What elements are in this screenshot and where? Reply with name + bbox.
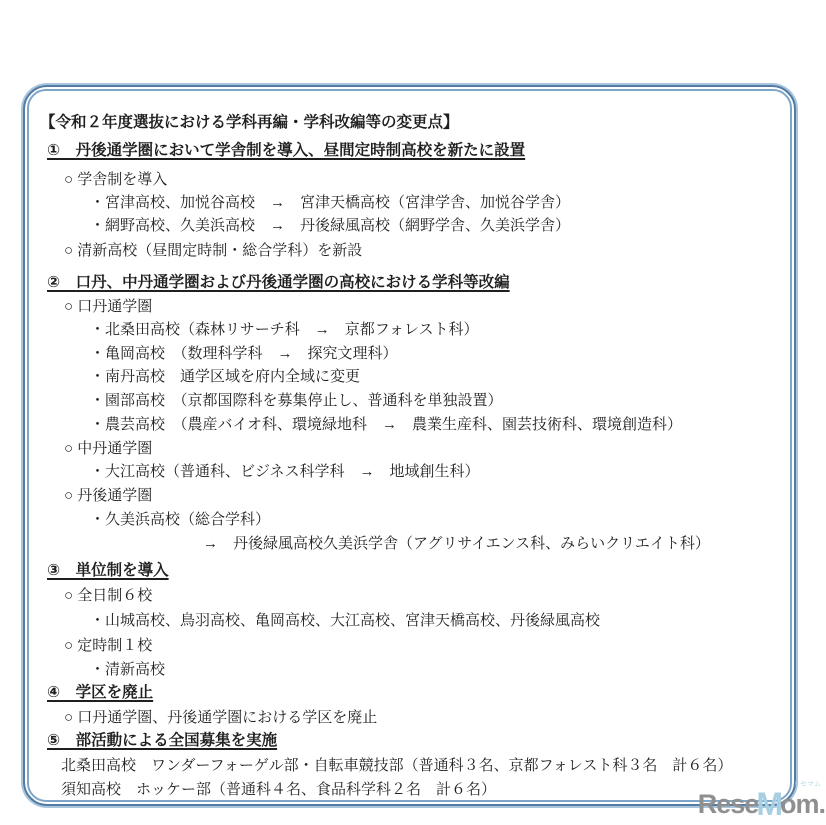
list-item: ・久美浜高校（総合学科） [90, 510, 270, 530]
list-item: ・大江高校（普通科、ビジネス科学科 → 地域創生科） [90, 462, 480, 482]
section-1-heading: ① 丹後通学圏において学舎制を導入、昼間定時制高校を新たに設置 [47, 141, 525, 161]
list-item: ・清新高校 [90, 660, 165, 680]
list-item: ・南丹高校 通学区域を府内全域に変更 [90, 367, 360, 387]
logo-text-part1: Rese [698, 789, 759, 819]
list-item: ・山城高校、鳥羽高校、亀岡高校、大江高校、宮津天橋高校、丹後緑風高校 [90, 611, 600, 631]
list-item: ○ 口丹通学圏、丹後通学圏における学区を廃止 [64, 708, 377, 728]
list-item: ○ 学舎制を導入 [64, 170, 167, 190]
list-item: ○ 全日制６校 [64, 586, 152, 606]
list-item: 須知高校 ホッケー部（普通科４名、食品科学科２名 計６名） [61, 780, 496, 800]
section-5-heading: ⑤ 部活動による全国募集を実施 [47, 731, 277, 751]
list-item: ・宮津高校、加悦谷高校 → 宮津天橋高校（宮津学舎、加悦谷学舎） [90, 193, 570, 213]
list-item: 北桑田高校 ワンダーフォーゲル部・自転車競技部（普通科３名、京都フォレスト科３名… [61, 756, 732, 776]
section-2-heading: ② 口丹、中丹通学圏および丹後通学圏の高校における学科等改編 [47, 273, 510, 293]
list-item-continuation: → 丹後緑風高校久美浜学舎（アグリサイエンス科、みらいクリエイト科） [203, 534, 710, 554]
list-item: ○ 丹後通学圏 [64, 486, 152, 506]
list-item: ・農芸高校 （農産バイオ科、環境緑地科 → 農業生産科、園芸技術科、環境創造科） [90, 415, 682, 435]
list-item: ・亀岡高校 （数理科学科 → 探究文理科） [90, 344, 398, 364]
list-item: ・網野高校、久美浜高校 → 丹後緑風高校（網野学舎、久美浜学舎） [90, 216, 570, 236]
section-4-heading: ④ 学区を廃止 [47, 683, 153, 703]
logo-text-part2: M [756, 786, 782, 822]
logo-text-part3: om. [780, 789, 825, 819]
page-title: 【令和２年度選抜における学科再編・学科改編等の変更点】 [40, 113, 459, 133]
section-3-heading: ③ 単位制を導入 [47, 561, 169, 581]
resemom-katakana-label: リセマム [793, 781, 821, 788]
list-item: ○ 定時制１校 [64, 636, 152, 656]
resemom-watermark-logo: リセマム ReseMom. [698, 788, 825, 820]
list-item: ○ 口丹通学圏 [64, 297, 152, 317]
list-item: ・北桑田高校（森林リサーチ科 → 京都フォレスト科） [90, 320, 479, 340]
list-item: ○ 中丹通学圏 [64, 439, 152, 459]
list-item: ・園部高校 （京都国際科を募集停止し、普通科を単独設置） [90, 391, 503, 411]
list-item: ○ 清新高校（昼間定時制・総合学科）を新設 [64, 241, 362, 261]
